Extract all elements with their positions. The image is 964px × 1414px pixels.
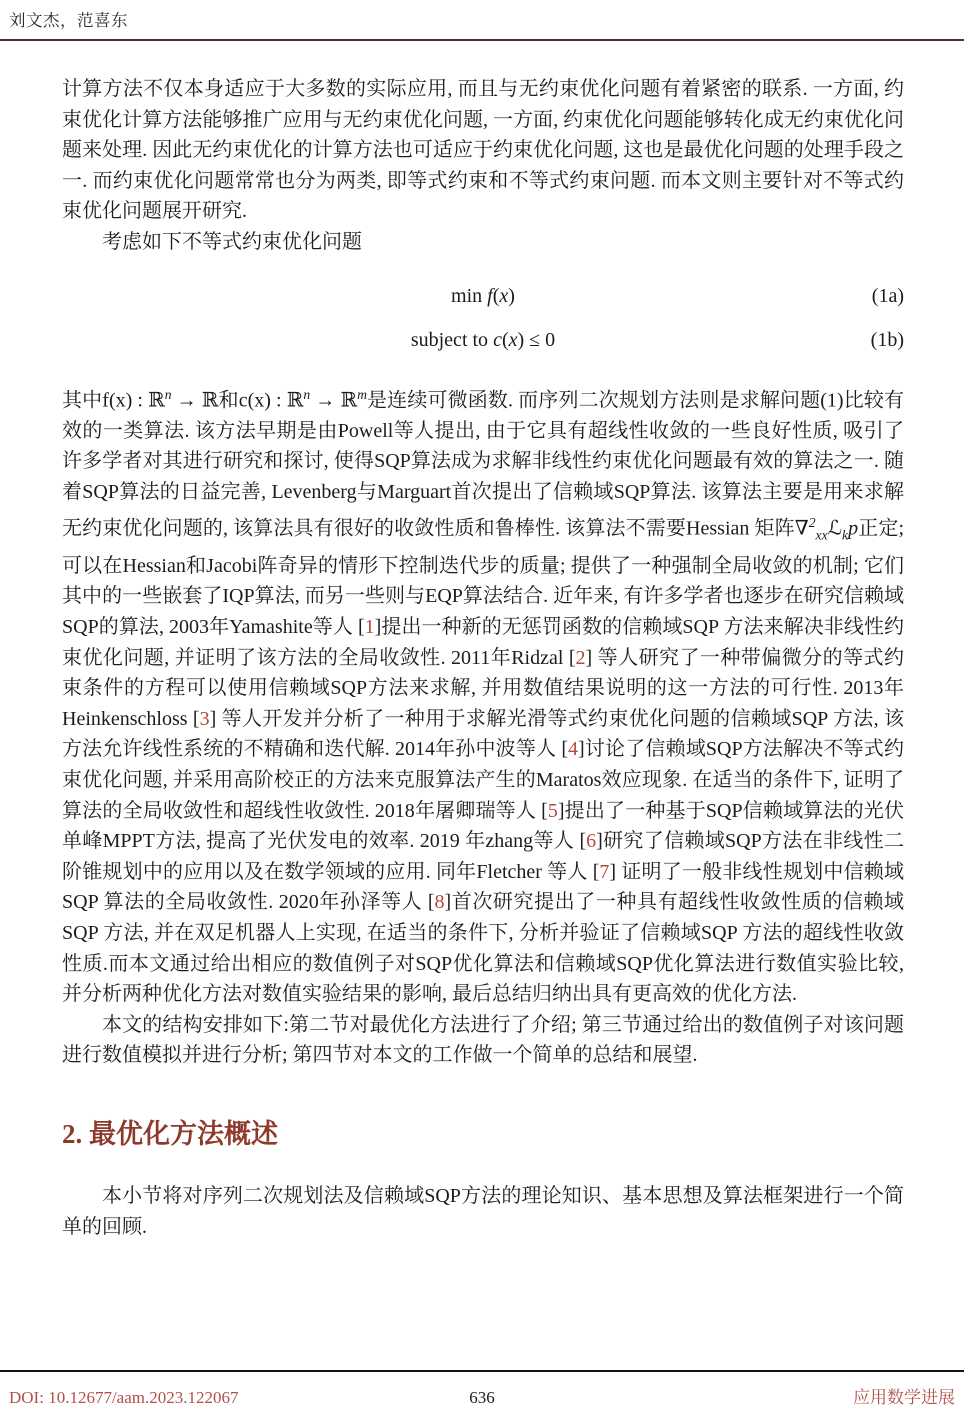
text-segment: c(x) : ℝ	[239, 389, 304, 411]
text-segment: c	[493, 329, 502, 351]
citation-ref[interactable]: 3	[200, 708, 210, 730]
page-footer: DOI: 10.12677/aam.2023.122067 636 应用数学进展	[9, 1383, 955, 1408]
paper-page: 刘文杰，范喜东 计算方法不仅本身适应于大多数的实际应用, 而且与无约束优化问题有…	[0, 0, 964, 1414]
text-segment: xx	[816, 527, 828, 542]
section-heading-optimization-overview: 2. 最优化方法概述	[62, 1117, 904, 1151]
header-rule	[0, 39, 964, 41]
text-segment: x	[499, 285, 508, 307]
text-segment: 是连续可微函数. 而序列二次规划方法则是求解问题(1)比较有效的一类算法. 该方…	[62, 389, 904, 539]
page-number: 636	[469, 1388, 495, 1408]
journal-name-link[interactable]: 应用数学进展	[853, 1383, 955, 1408]
equation-1a-body: min f(x)	[451, 285, 515, 307]
text-segment: 和	[218, 389, 238, 411]
paragraph-section-intro: 本小节将对序列二次规划法及信赖域SQP方法的理论知识、基本思想及算法框架进行一个…	[62, 1181, 904, 1242]
running-head-authors: 刘文杰，范喜东	[9, 7, 128, 31]
text-segment: ∇	[795, 517, 809, 539]
equation-1b-tag: (1b)	[871, 318, 904, 362]
paragraph-intro: 计算方法不仅本身适应于大多数的实际应用, 而且与无约束优化问题有着紧密的联系. …	[62, 74, 904, 227]
text-segment: → ℝ	[172, 389, 219, 411]
equation-1a-tag: (1a)	[872, 274, 904, 318]
citation-ref[interactable]: 2	[576, 647, 586, 669]
citation-ref[interactable]: 7	[599, 861, 609, 883]
text-segment: (	[502, 329, 509, 351]
doi-link[interactable]: DOI: 10.12677/aam.2023.122067	[9, 1388, 238, 1408]
text-segment: x	[509, 329, 518, 351]
citation-ref[interactable]: 4	[568, 738, 578, 760]
text-segment: ) ≤ 0	[518, 329, 556, 351]
text-segment: 其中	[62, 389, 102, 411]
citation-ref[interactable]: 6	[586, 830, 596, 852]
text-segment: min	[451, 285, 487, 307]
text-segment: )	[508, 285, 515, 307]
equation-1b-body: subject to c(x) ≤ 0	[411, 329, 555, 351]
equation-1a: min f(x) (1a)	[62, 274, 904, 318]
text-segment: m	[357, 387, 367, 402]
text-segment: f(x) : ℝ	[102, 389, 164, 411]
paragraph-literature-review: 其中f(x) : ℝn → ℝ和c(x) : ℝn → ℝm是连续可微函数. 而…	[62, 380, 904, 1010]
text-segment: 2	[809, 515, 816, 530]
citation-ref[interactable]: 1	[365, 616, 375, 638]
text-segment: n	[165, 387, 172, 402]
footer-rule	[0, 1370, 964, 1372]
text-segment: ℒ	[828, 517, 842, 539]
citation-ref[interactable]: 8	[435, 891, 445, 913]
text-segment: p	[848, 517, 858, 539]
paragraph-consider-problem: 考虑如下不等式约束优化问题	[62, 227, 904, 258]
paragraph-structure-outline: 本文的结构安排如下:第二节对最优化方法进行了介绍; 第三节通过给出的数值例子对该…	[62, 1010, 904, 1071]
citation-ref[interactable]: 5	[548, 800, 558, 822]
text-segment: subject to	[411, 329, 493, 351]
page-body: 计算方法不仅本身适应于大多数的实际应用, 而且与无约束优化问题有着紧密的联系. …	[62, 74, 904, 1242]
text-segment: → ℝ	[310, 389, 357, 411]
equation-1b: subject to c(x) ≤ 0 (1b)	[62, 318, 904, 362]
equation-block: min f(x) (1a) subject to c(x) ≤ 0 (1b)	[62, 274, 904, 362]
